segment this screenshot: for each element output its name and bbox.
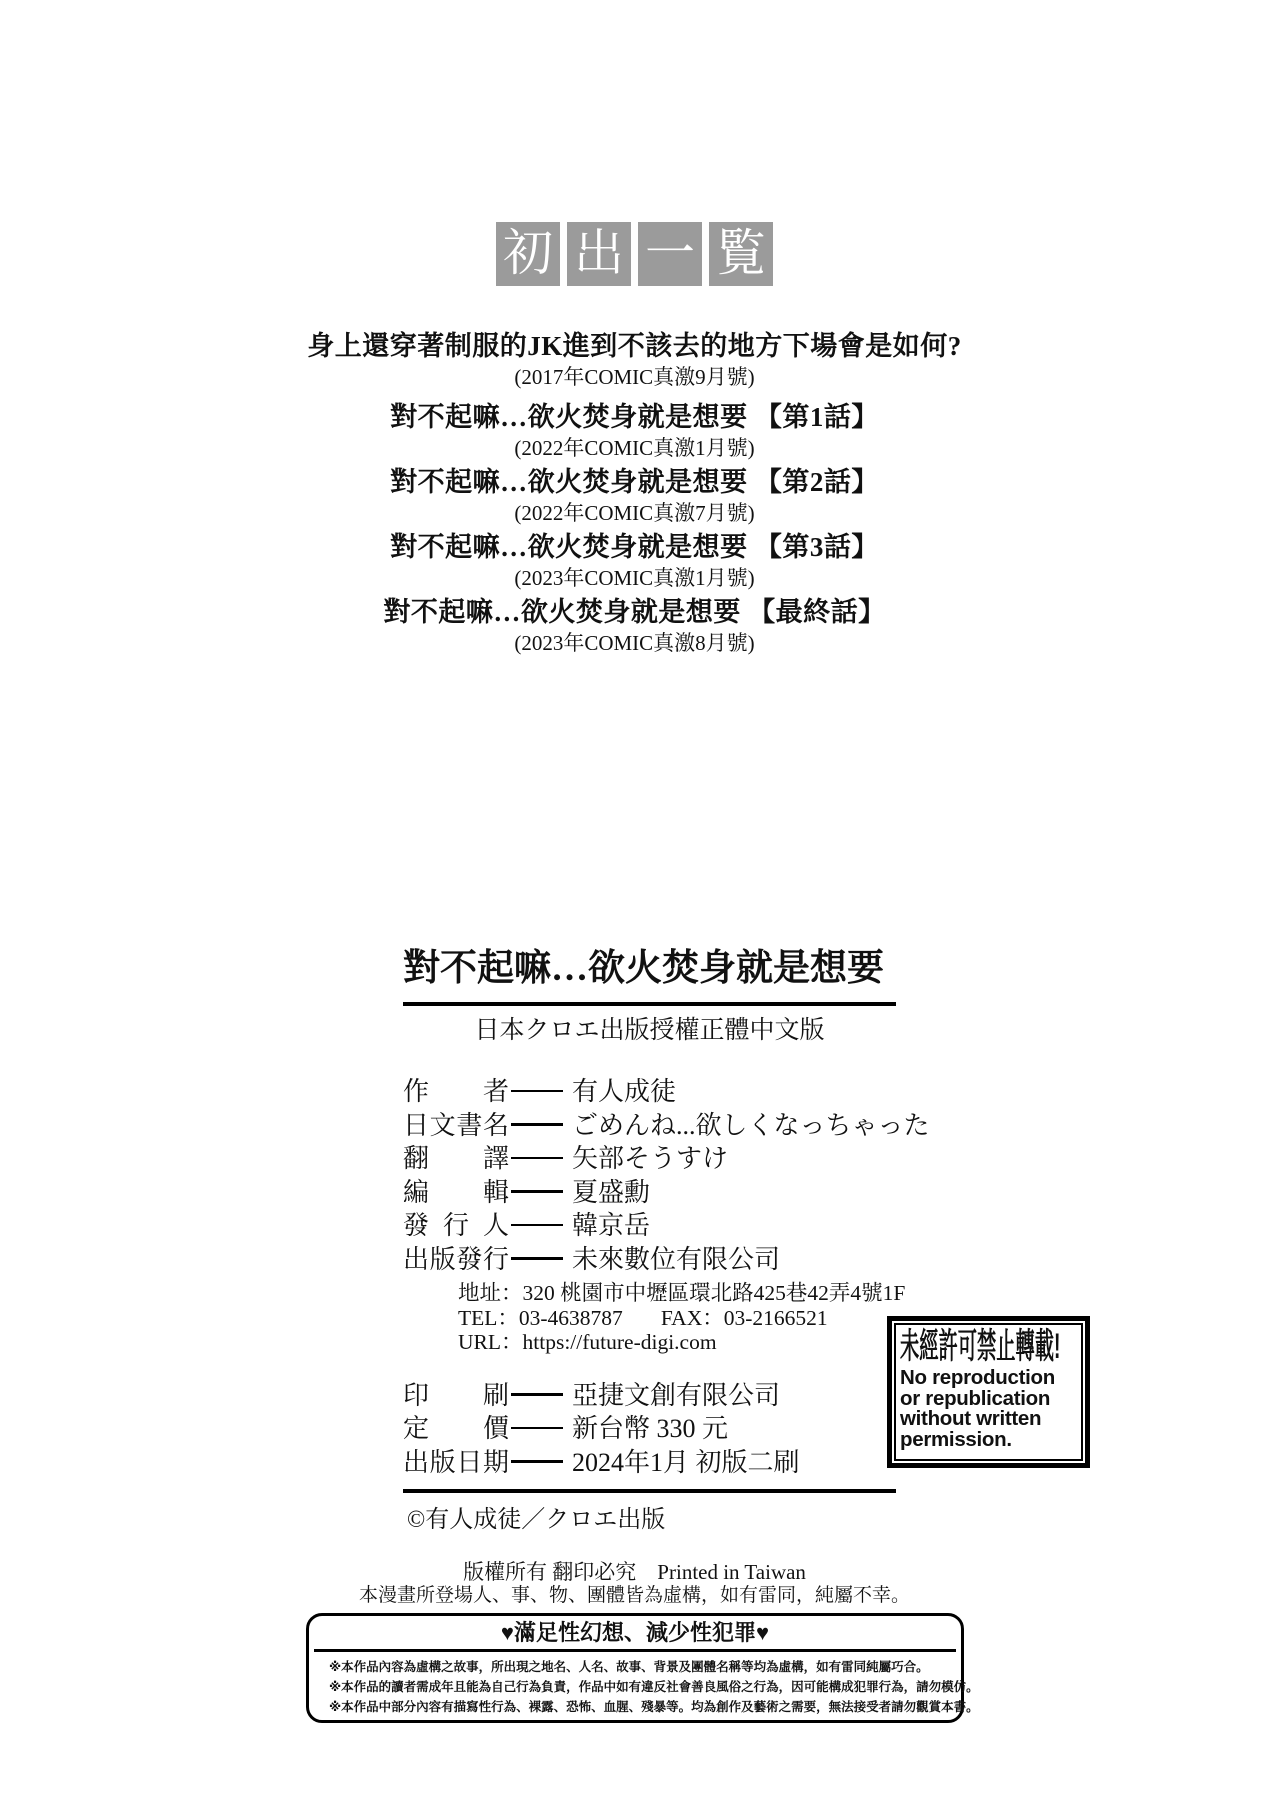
publication-entry: 身上還穿著制服的JK進到不該去的地方下場會是如何? (2017年COMIC真激9…	[0, 328, 1269, 390]
colophon: 對不起嘛…欲火焚身就是想要 日本クロエ出版授權正體中文版 作者 有人成徒 日文書…	[403, 944, 896, 1535]
stamp-en-line: or republication	[900, 1389, 1077, 1410]
book-title: 對不起嘛…欲火焚身就是想要	[403, 944, 896, 994]
entry-date: (2017年COMIC真激9月號)	[0, 364, 1269, 390]
publisher-tel: TEL：03-4638787	[458, 1306, 623, 1330]
entry-title: 對不起嘛…欲火焚身就是想要 【第3話】	[0, 529, 1269, 565]
credit-row: 定價 新台幣 330 元	[403, 1410, 896, 1444]
credit-value: 亞捷文創有限公司	[572, 1375, 780, 1412]
license-line: 日本クロエ出版授權正體中文版	[403, 1014, 896, 1048]
credit-value: 2024年1月 初版二刷	[572, 1442, 800, 1479]
credit-row: 印刷 亞捷文創有限公司	[403, 1377, 896, 1411]
credit-row: 出版發行 未來數位有限公司	[403, 1241, 896, 1275]
first-publication-list-title: 初 出 一 覧	[0, 222, 1269, 286]
entry-title: 對不起嘛…欲火焚身就是想要 【最終話】	[0, 594, 1269, 630]
credit-row: 日文書名 ごめんね...欲しくなっちゃった	[403, 1107, 896, 1141]
publication-entry: 對不起嘛…欲火焚身就是想要 【第2話】 (2022年COMIC真激7月號)	[0, 464, 1269, 526]
credit-label: 出版發行	[403, 1239, 509, 1276]
entry-date: (2023年COMIC真激1月號)	[0, 565, 1269, 591]
no-reproduction-stamp-inner: 未經許可禁止轉載! No reproduction or republicati…	[894, 1323, 1083, 1461]
publisher-address: 地址：320 桃園市中壢區環北路425巷42弄4號1F	[458, 1281, 896, 1306]
credit-label: 印刷	[403, 1375, 509, 1412]
title-block-char: 覧	[709, 222, 773, 286]
notice-lines: ※本作品內容為虛構之故事，所出現之地名、人名、故事、背景及團體名稱等均為虛構，如…	[309, 1652, 961, 1717]
fiction-disclaimer-line: 本漫畫所登場人、事、物、團體皆為虛構，如有雷同，純屬不幸。	[0, 1584, 1269, 1607]
dash-rule	[511, 1157, 563, 1160]
credits-block: 作者 有人成徒 日文書名 ごめんね...欲しくなっちゃった 翻譯 矢部そうすけ …	[403, 1073, 896, 1274]
entry-date: (2022年COMIC真激1月號)	[0, 435, 1269, 461]
credit-row: 發行人 韓京岳	[403, 1207, 896, 1241]
legal-lines: 版權所有 翻印必究 Printed in Taiwan 本漫畫所登場人、事、物、…	[0, 1560, 1269, 1607]
title-block-char: 出	[567, 222, 631, 286]
credit-label: 日文書名	[403, 1105, 509, 1142]
dash-rule	[511, 1224, 563, 1227]
notice-line: ※本作品內容為虛構之故事，所出現之地名、人名、故事、背景及團體名稱等均為虛構，如…	[329, 1657, 961, 1677]
dash-rule	[511, 1460, 563, 1463]
credit-value: 韓京岳	[572, 1205, 650, 1242]
stamp-en-line: No reproduction	[900, 1368, 1077, 1389]
title-block-char: 初	[496, 222, 560, 286]
stamp-cjk-text: 未經許可禁止轉載!	[900, 1326, 997, 1368]
content-notice-box: ♥滿足性幻想、減少性犯罪♥ ※本作品內容為虛構之故事，所出現之地名、人名、故事、…	[306, 1613, 964, 1723]
credit-row: 出版日期 2024年1月 初版二刷	[403, 1444, 896, 1478]
entry-title: 對不起嘛…欲火焚身就是想要 【第2話】	[0, 464, 1269, 500]
no-reproduction-stamp: 未經許可禁止轉載! No reproduction or republicati…	[887, 1316, 1090, 1468]
title-block-char: 一	[638, 222, 702, 286]
dash-rule	[511, 1090, 563, 1093]
stamp-en-line: permission.	[900, 1430, 1077, 1451]
credit-value: 未來數位有限公司	[572, 1239, 780, 1276]
credit-label: 出版日期	[403, 1442, 509, 1479]
credit-row: 作者 有人成徒	[403, 1073, 896, 1107]
copyright-line: ©有人成徒／クロエ出版	[403, 1505, 896, 1535]
publisher-contact-block: 地址：320 桃園市中壢區環北路425巷42弄4號1F TEL：03-46387…	[458, 1281, 896, 1355]
entry-title: 對不起嘛…欲火焚身就是想要 【第1話】	[0, 399, 1269, 435]
credit-value: 矢部そうすけ	[572, 1138, 728, 1175]
publication-entry: 對不起嘛…欲火焚身就是想要 【第3話】 (2023年COMIC真激1月號)	[0, 529, 1269, 591]
credit-value: 新台幣 330 元	[572, 1408, 728, 1445]
credit-value: 夏盛勳	[572, 1172, 650, 1209]
credit-value: ごめんね...欲しくなっちゃった	[572, 1105, 930, 1142]
dash-rule	[511, 1190, 563, 1193]
notice-line: ※本作品中部分內容有描寫性行為、裸露、恐怖、血腥、殘暴等。均為創作及藝術之需要，…	[329, 1697, 961, 1717]
publisher-fax: FAX：03-2166521	[661, 1306, 828, 1330]
credit-row: 編輯 夏盛勳	[403, 1174, 896, 1208]
entry-date: (2023年COMIC真激8月號)	[0, 630, 1269, 656]
publication-entry: 對不起嘛…欲火焚身就是想要 【第1話】 (2022年COMIC真激1月號)	[0, 399, 1269, 461]
publication-entry: 對不起嘛…欲火焚身就是想要 【最終話】 (2023年COMIC真激8月號)	[0, 594, 1269, 656]
dash-rule	[511, 1257, 563, 1260]
rights-reserved-line: 版權所有 翻印必究 Printed in Taiwan	[0, 1560, 1269, 1584]
dash-rule	[511, 1393, 563, 1396]
notice-line: ※本作品的讀者需成年且能為自己行為負責，作品中如有違反社會善良風俗之行為，因可能…	[329, 1677, 961, 1697]
publication-entry-list: 身上還穿著制服的JK進到不該去的地方下場會是如何? (2017年COMIC真激9…	[0, 328, 1269, 659]
title-divider-rule	[403, 1002, 896, 1006]
publisher-url: URL：https://future-digi.com	[458, 1330, 896, 1355]
credit-label: 作者	[403, 1071, 509, 1108]
credit-label: 翻譯	[403, 1138, 509, 1175]
credit-value: 有人成徒	[572, 1071, 676, 1108]
dash-rule	[511, 1123, 563, 1126]
stamp-en-line: without written	[900, 1409, 1077, 1430]
bottom-divider-rule	[403, 1489, 896, 1493]
entry-title: 身上還穿著制服的JK進到不該去的地方下場會是如何?	[0, 328, 1269, 364]
dash-rule	[511, 1427, 563, 1430]
credit-label: 定價	[403, 1408, 509, 1445]
publisher-tel-fax: TEL：03-4638787FAX：03-2166521	[458, 1306, 896, 1331]
notice-header: ♥滿足性幻想、減少性犯罪♥	[309, 1618, 961, 1648]
credit-label: 發行人	[403, 1205, 509, 1242]
credit-label: 編輯	[403, 1172, 509, 1209]
credit-row: 翻譯 矢部そうすけ	[403, 1140, 896, 1174]
credits-block-2: 印刷 亞捷文創有限公司 定價 新台幣 330 元 出版日期 2024年1月 初版…	[403, 1377, 896, 1478]
entry-date: (2022年COMIC真激7月號)	[0, 500, 1269, 526]
